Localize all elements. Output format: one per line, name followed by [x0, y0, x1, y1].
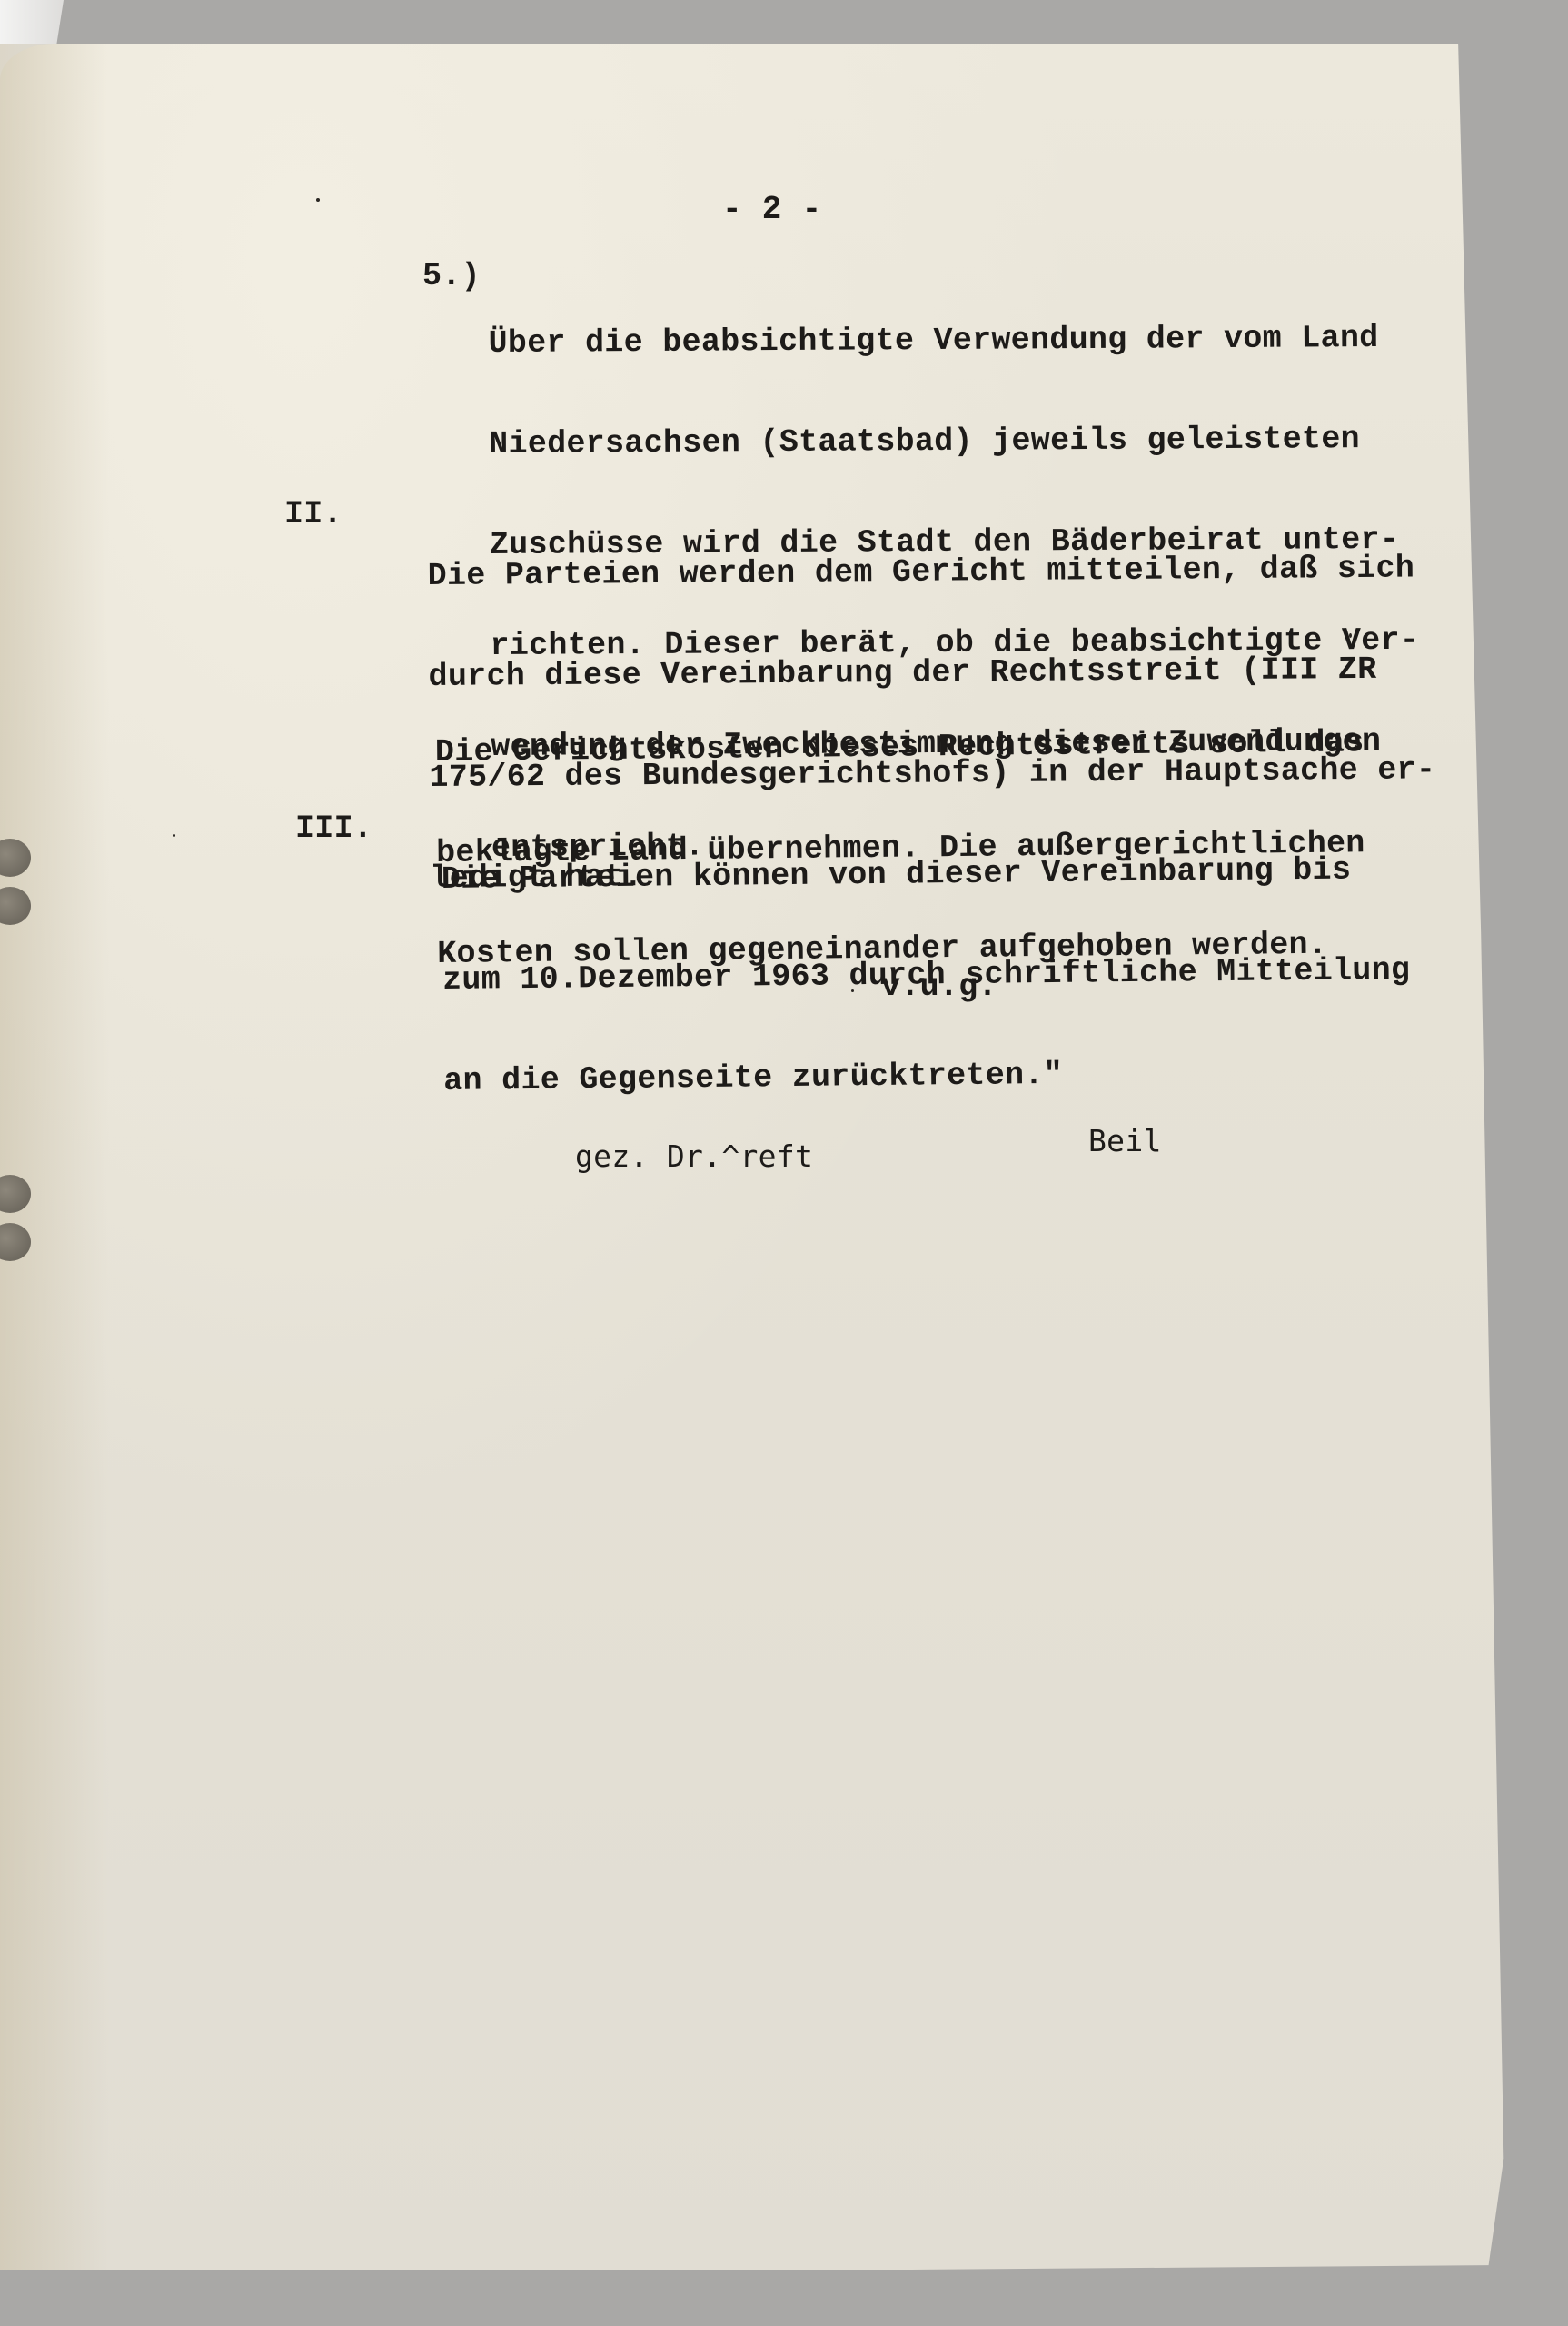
text-line: Niedersachsen (Staatsbad) jeweils geleis…: [489, 422, 1418, 462]
text-line: Die Parteien werden dem Gericht mitteile…: [428, 552, 1434, 593]
section-number-ii: II.: [284, 498, 342, 532]
text-line: an die Gegenseite zurücktreten.": [443, 1055, 1412, 1098]
page-number: - 2 -: [722, 193, 822, 226]
signature-left: gez. Dr.^reft: [575, 1139, 813, 1173]
typed-text: - 2 - 5.) Über die beabsichtigte Verwend…: [0, 0, 1568, 2326]
text-line: Die Parteien können von dieser Vereinbar…: [442, 853, 1410, 897]
signature-right: Beil: [1088, 1124, 1162, 1158]
text-line: Die Gerichtskosten dieses Rechtsstreits …: [435, 726, 1365, 770]
item-number-5: 5.): [422, 260, 481, 293]
text-line: Über die beabsichtigte Verwendung der vo…: [488, 322, 1417, 361]
closing-formula: v.u.g.: [881, 970, 997, 1004]
ink-speck: [173, 834, 175, 837]
ink-speck: [316, 198, 320, 202]
section-number-iii: III.: [295, 812, 372, 846]
